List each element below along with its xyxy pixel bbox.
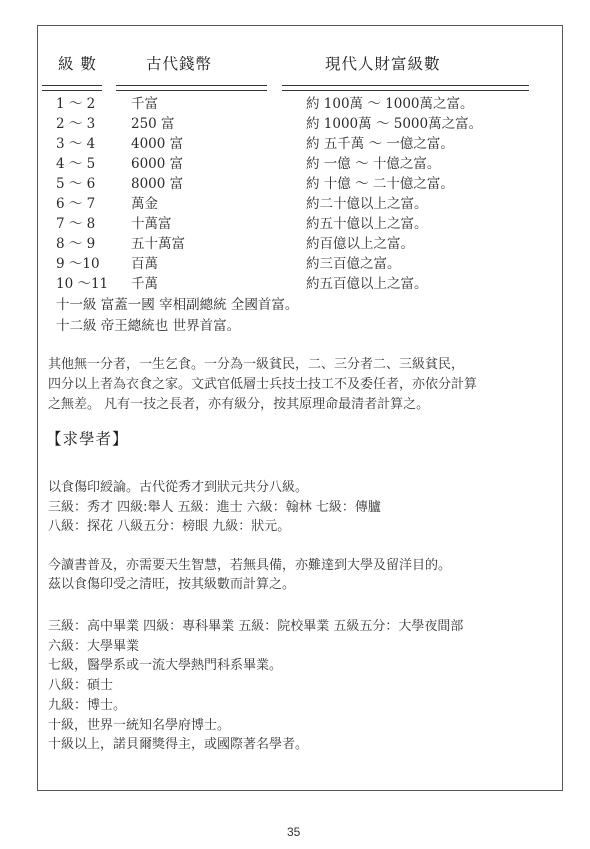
row-level: 8 ～ 9 xyxy=(56,234,95,254)
row-modern: 約 一億 ～ 十億之富。 xyxy=(306,154,440,174)
paragraph-line: 之無差。 凡有一技之長者，亦有級分，按其原理命最清者計算之。 xyxy=(48,395,429,415)
modern-level-line: 三級：高中畢業 四級：專科畢業 五級：院校畢業 五級五分：大學夜間部 xyxy=(48,617,463,637)
row-level: 5 ～ 6 xyxy=(56,174,95,194)
paragraph-line: 四分以上者為衣食之家。文武官低層士兵技士技工不及委任者，亦依分計算 xyxy=(48,375,477,395)
row-ancient: 五十萬富 xyxy=(131,234,185,254)
extra-row-level-11: 十一級 富蓋一國 宰相副總統 全國首富。 xyxy=(56,295,298,315)
modern-level-line: 七級，醫學系或一流大學熱門科系畢業。 xyxy=(48,656,282,676)
row-level: 6 ～ 7 xyxy=(56,194,95,214)
modern-intro-line: 今讀書普及，亦需要天生智慧，若無具備，亦難達到大學及留洋目的。 xyxy=(48,556,451,576)
row-ancient: 千富 xyxy=(131,94,158,114)
row-ancient: 4000 富 xyxy=(131,134,183,154)
section-intro: 以食傷印綬論。古代從秀才到狀元共分八級。 xyxy=(48,478,308,498)
header-rule-ancient xyxy=(116,85,267,91)
modern-level-line: 十級以上，諾貝爾獎得主，或國際著名學者。 xyxy=(48,735,308,755)
modern-level-line: 十級，世界一統知名學府博士。 xyxy=(48,716,230,736)
row-ancient: 6000 富 xyxy=(131,154,183,174)
ancient-levels-line: 三級：秀才 四級:舉人 五級：進士 六級：翰林 七級：傳臚 xyxy=(48,498,381,518)
section-title: 【求學者】 xyxy=(46,429,129,449)
modern-level-line: 六級：大學畢業 xyxy=(48,637,139,657)
row-modern: 約 100萬 ～ 1000萬之富。 xyxy=(306,94,474,114)
modern-level-line: 九級：博士。 xyxy=(48,696,126,716)
header-ancient-currency: 古代錢幣 xyxy=(146,54,212,74)
row-modern: 約 五千萬 ～ 一億之富。 xyxy=(306,134,454,154)
row-ancient: 百萬 xyxy=(131,254,158,274)
header-rule-modern xyxy=(282,85,529,91)
header-modern-wealth: 現代人財富級數 xyxy=(325,54,441,74)
page-number: 35 xyxy=(287,822,300,842)
row-ancient: 萬金 xyxy=(131,194,158,214)
row-ancient: 千萬 xyxy=(131,274,158,294)
paragraph-line: 其他無一分者，一生乞食。一分為一級貧民，二、三分者二、三級貧民， xyxy=(48,355,464,375)
header-level: 級 數 xyxy=(58,54,97,74)
row-level: 1 ～ 2 xyxy=(56,94,95,114)
row-ancient: 8000 富 xyxy=(131,174,183,194)
row-level: 2 ～ 3 xyxy=(56,114,95,134)
row-ancient: 十萬富 xyxy=(131,214,172,234)
row-modern: 約五十億以上之富。 xyxy=(306,214,428,234)
row-modern: 約三百億之富。 xyxy=(306,254,401,274)
row-modern: 約五百億以上之富。 xyxy=(306,274,428,294)
row-modern: 約 1000萬 ～ 5000萬之富。 xyxy=(306,114,482,134)
row-level: 10 ～11 xyxy=(56,274,108,294)
row-ancient: 250 富 xyxy=(131,114,175,134)
row-modern: 約百億以上之富。 xyxy=(306,234,414,254)
row-modern: 約 十億 ～ 二十億之富。 xyxy=(306,174,454,194)
row-level: 7 ～ 8 xyxy=(56,214,95,234)
row-level: 3 ～ 4 xyxy=(56,134,95,154)
header-rule-level xyxy=(42,85,102,91)
ancient-levels-line: 八級：探花 八級五分：榜眼 九級：狀元。 xyxy=(48,517,290,537)
row-level: 9 ～10 xyxy=(56,254,100,274)
extra-row-level-12: 十二級 帝王總統也 世界首富。 xyxy=(56,316,240,336)
modern-intro-line: 茲以食傷印受之清旺，按其級數而計算之。 xyxy=(48,575,295,595)
row-level: 4 ～ 5 xyxy=(56,154,95,174)
modern-level-line: 八級：碩士 xyxy=(48,676,113,696)
row-modern: 約二十億以上之富。 xyxy=(306,194,428,214)
